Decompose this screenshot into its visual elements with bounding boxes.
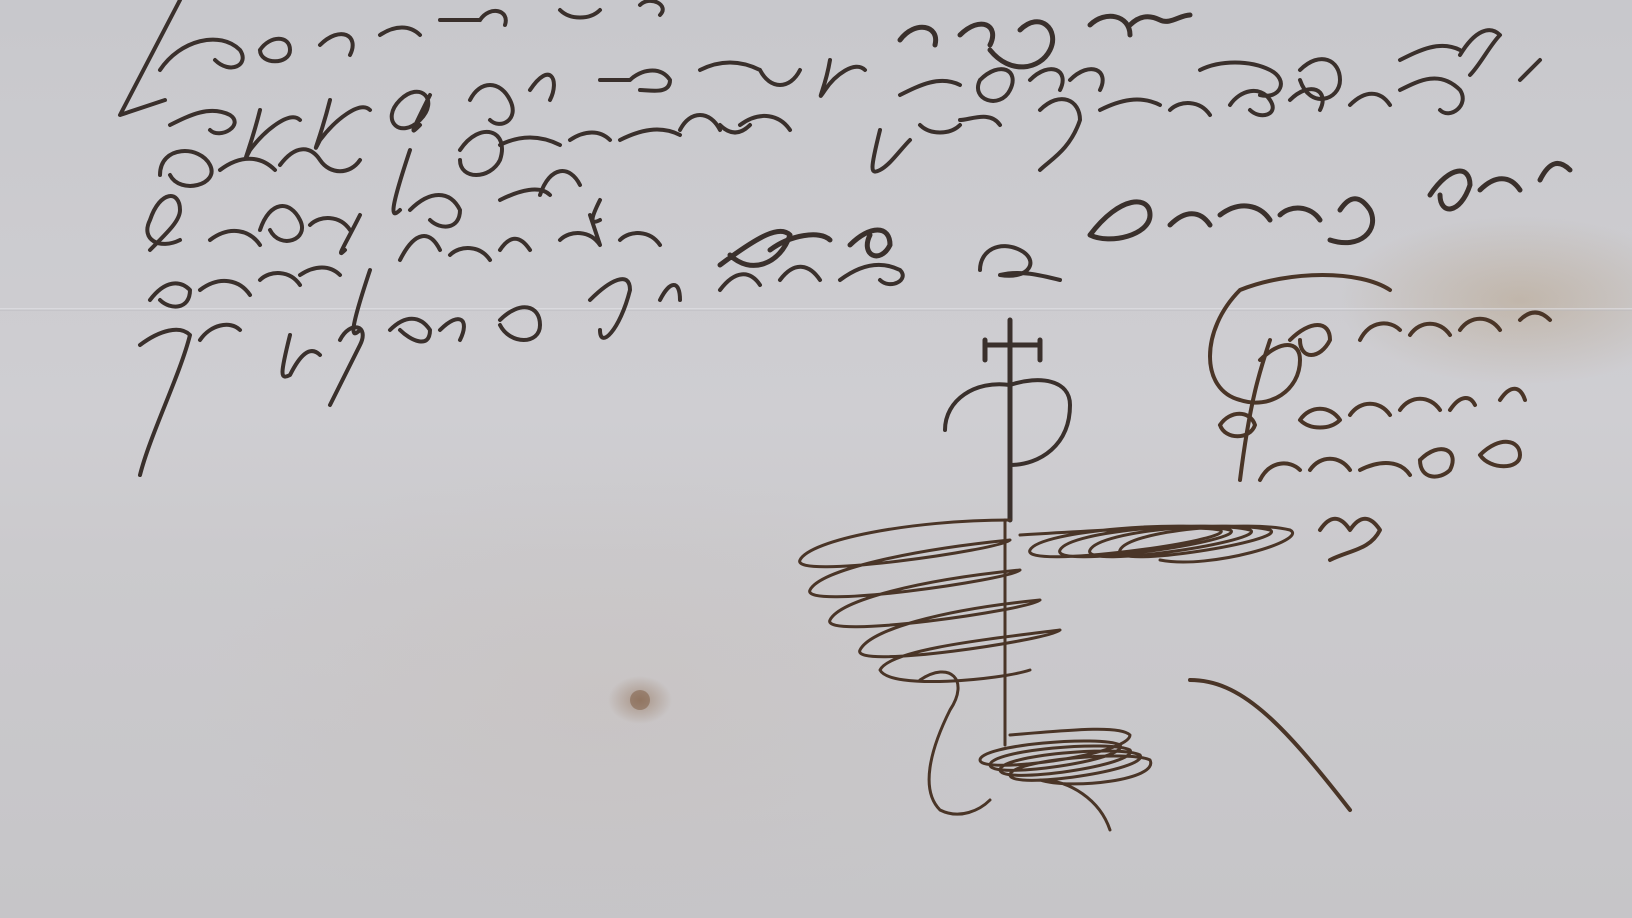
manuscript-page: he o e ter no o fe e y to vy vosso su qu… bbox=[0, 0, 1632, 918]
handwriting-ink bbox=[0, 0, 1632, 918]
